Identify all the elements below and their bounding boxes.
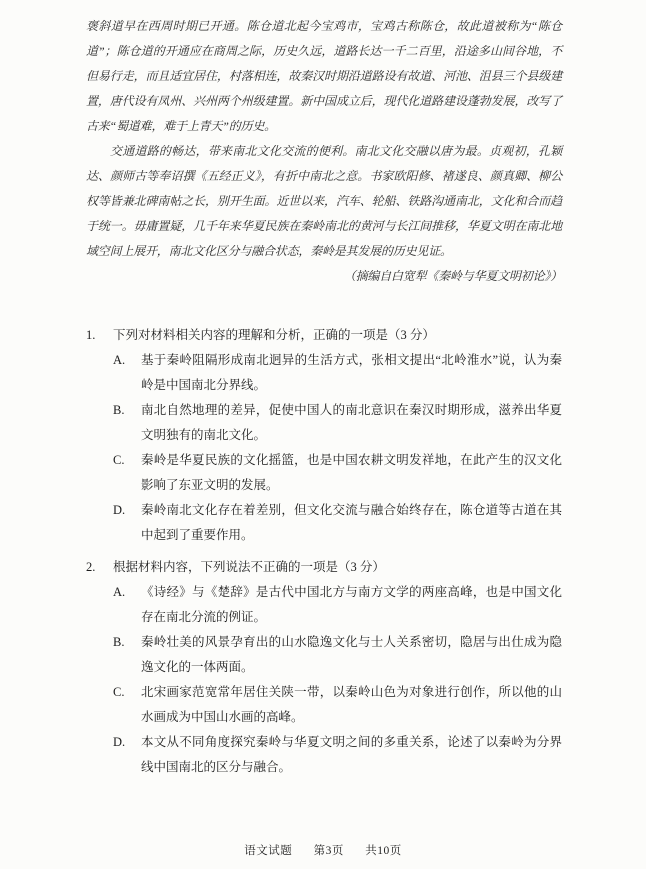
question-1-stem: 1. 下列对材料相关内容的理解和分析，正确的一项是（3 分） — [86, 323, 562, 348]
question-2-option-c: C. 北宋画家范宽常年居住关陕一带，以秦岭山色为对象进行创作，所以他的山水画成为… — [113, 680, 562, 730]
option-text: 南北自然地理的差异，促使中国人的南北意识在秦汉时期形成，滋养出华夏文明独有的南北… — [141, 403, 562, 442]
option-text: 《诗经》与《楚辞》是古代中国北方与南方文学的两座高峰，也是中国文化存在南北分流的… — [141, 585, 562, 624]
option-label-d: D. — [113, 730, 125, 755]
option-label-b: B. — [113, 398, 124, 423]
question-2-stem: 2. 根据材料内容，下列说法不正确的一项是（3 分） — [86, 555, 562, 580]
source-attribution: （摘编自白宽犁《秦岭与华夏文明初论》） — [86, 264, 562, 289]
page-footer: 语文试题 第3页 共10页 — [0, 842, 646, 858]
option-text: 本文从不同角度探究秦岭与华夏文明之间的多重关系，论述了以秦岭为分界线中国南北的区… — [141, 735, 562, 774]
question-1-option-b: B. 南北自然地理的差异，促使中国人的南北意识在秦汉时期形成，滋养出华夏文明独有… — [113, 398, 562, 448]
question-2-option-b: B. 秦岭壮美的风景孕育出的山水隐逸文化与士人关系密切，隐居与出仕成为隐逸文化的… — [113, 630, 562, 680]
question-1-number: 1. — [86, 323, 113, 348]
footer-total-pages: 共10页 — [365, 845, 402, 857]
question-2-number: 2. — [86, 555, 113, 580]
questions-section: 1. 下列对材料相关内容的理解和分析，正确的一项是（3 分） A. 基于秦岭阻隔… — [86, 323, 562, 780]
option-text: 秦岭南北文化存在着差别，但文化交流与融合始终存在，陈仓道等古道在其中起到了重要作… — [141, 503, 562, 542]
footer-subject: 语文试题 — [244, 845, 292, 857]
option-label-d: D. — [113, 498, 125, 523]
question-1-option-c: C. 秦岭是华夏民族的文化摇篮，也是中国农耕文明发祥地，在此产生的汉文化影响了东… — [113, 448, 562, 498]
option-label-c: C. — [113, 680, 124, 705]
question-1-stem-text: 下列对材料相关内容的理解和分析，正确的一项是（3 分） — [113, 323, 562, 348]
option-label-b: B. — [113, 630, 124, 655]
reading-material-section: 褒斜道早在西周时期已开通。陈仓道北起今宝鸡市，宝鸡古称陈仓，故此道被称为“陈仓道… — [86, 14, 562, 289]
exam-page: 褒斜道早在西周时期已开通。陈仓道北起今宝鸡市，宝鸡古称陈仓，故此道被称为“陈仓道… — [0, 0, 646, 869]
option-text: 秦岭壮美的风景孕育出的山水隐逸文化与士人关系密切，隐居与出仕成为隐逸文化的一体两… — [141, 635, 562, 674]
option-text: 北宋画家范宽常年居住关陕一带，以秦岭山色为对象进行创作，所以他的山水画成为中国山… — [141, 685, 562, 724]
option-text: 秦岭是华夏民族的文化摇篮，也是中国农耕文明发祥地，在此产生的汉文化影响了东亚文明… — [141, 453, 562, 492]
question-2-option-d: D. 本文从不同角度探究秦岭与华夏文明之间的多重关系，论述了以秦岭为分界线中国南… — [113, 730, 562, 780]
question-2-stem-text: 根据材料内容，下列说法不正确的一项是（3 分） — [113, 555, 562, 580]
option-label-c: C. — [113, 448, 124, 473]
question-2: 2. 根据材料内容，下列说法不正确的一项是（3 分） A. 《诗经》与《楚辞》是… — [86, 555, 562, 780]
question-2-option-a: A. 《诗经》与《楚辞》是古代中国北方与南方文学的两座高峰，也是中国文化存在南北… — [113, 580, 562, 630]
material-paragraph-2: 交通道路的畅达，带来南北文化交流的便利。南北文化交融以唐为最。贞观初，孔颖达、颜… — [86, 139, 562, 264]
question-1: 1. 下列对材料相关内容的理解和分析，正确的一项是（3 分） A. 基于秦岭阻隔… — [86, 323, 562, 548]
option-label-a: A. — [113, 580, 125, 605]
option-text: 基于秦岭阻隔形成南北迥异的生活方式，张相文提出“北岭淮水”说，认为秦岭是中国南北… — [141, 353, 562, 392]
question-1-option-a: A. 基于秦岭阻隔形成南北迥异的生活方式，张相文提出“北岭淮水”说，认为秦岭是中… — [113, 348, 562, 398]
footer-page-number: 第3页 — [314, 845, 344, 857]
material-paragraph-1: 褒斜道早在西周时期已开通。陈仓道北起今宝鸡市，宝鸡古称陈仓，故此道被称为“陈仓道… — [86, 14, 562, 139]
option-label-a: A. — [113, 348, 125, 373]
question-1-option-d: D. 秦岭南北文化存在着差别，但文化交流与融合始终存在，陈仓道等古道在其中起到了… — [113, 498, 562, 548]
